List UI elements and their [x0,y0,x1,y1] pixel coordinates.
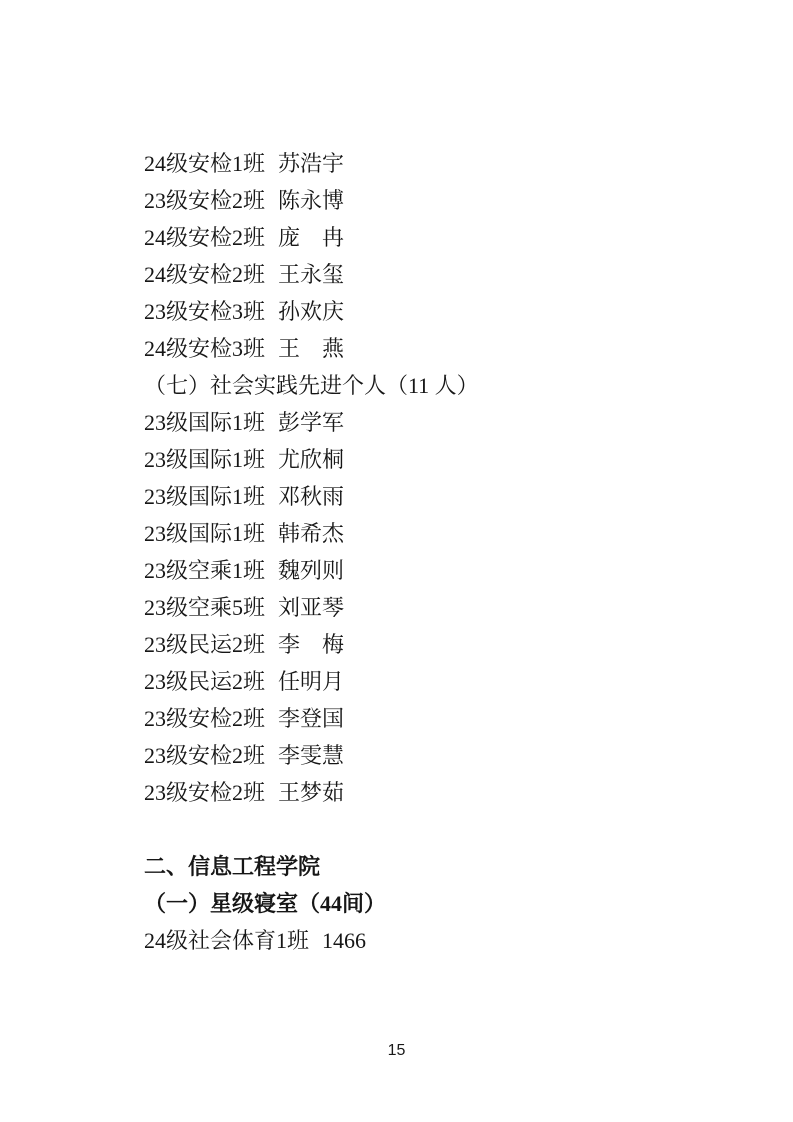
class-label: 24级安检1班 [144,151,265,176]
student-name: 韩希杰 [278,521,344,546]
list-item: 23级安检2班李雯慧 [144,737,479,774]
list-item: 23级安检2班李登国 [144,700,479,737]
class-label: 23级安检2班 [144,706,265,731]
list-item: 23级安检2班王梦茹 [144,774,479,811]
list-item: 24级安检2班王永玺 [144,256,479,293]
class-label: 23级国际1班 [144,410,265,435]
subsection-1-heading: （一）星级寝室（44间） [144,885,479,922]
class-label: 23级安检2班 [144,188,265,213]
student-name: 邓秋雨 [278,484,344,509]
student-name: 庞 冉 [278,225,344,250]
class-label: 23级安检3班 [144,299,265,324]
student-name: 李 梅 [278,632,344,657]
student-name: 魏列则 [278,558,344,583]
class-label: 23级空乘5班 [144,595,265,620]
student-name: 任明月 [278,669,344,694]
list-item: 23级安检3班孙欢庆 [144,293,479,330]
document-page: 24级安检1班苏浩宇 23级安检2班陈永博 24级安检2班庞 冉 24级安检2班… [0,0,793,1122]
list-item: 23级国际1班尤欣桐 [144,441,479,478]
dorm-room-number: 1466 [322,928,366,953]
college-2-heading: 二、信息工程学院 [144,848,479,885]
class-label: 23级国际1班 [144,484,265,509]
student-name: 陈永博 [278,188,344,213]
class-label: 23级空乘1班 [144,558,265,583]
student-name: 王 燕 [278,336,344,361]
list-item: 24级安检1班苏浩宇 [144,145,479,182]
class-label: 24级安检3班 [144,336,265,361]
class-label: 23级民运2班 [144,669,265,694]
list-item: 23级安检2班陈永博 [144,182,479,219]
class-label: 23级安检2班 [144,780,265,805]
student-name: 刘亚琴 [278,595,344,620]
list-item: 23级国际1班邓秋雨 [144,478,479,515]
student-name: 尤欣桐 [278,447,344,472]
page-number: 15 [0,1040,793,1062]
list-item: 23级民运2班李 梅 [144,626,479,663]
list-item: 24级安检3班王 燕 [144,330,479,367]
student-name: 李登国 [278,706,344,731]
student-name: 孙欢庆 [278,299,344,324]
class-label: 24级安检2班 [144,225,265,250]
class-label: 23级国际1班 [144,521,265,546]
class-label: 24级安检2班 [144,262,265,287]
list-item: 23级空乘1班魏列则 [144,552,479,589]
student-name: 彭学军 [278,410,344,435]
student-name: 王永玺 [278,262,344,287]
list-item: 23级民运2班任明月 [144,663,479,700]
student-name: 李雯慧 [278,743,344,768]
section-7-heading: （七）社会实践先进个人（11 人） [144,367,479,404]
list-item: 23级国际1班彭学军 [144,404,479,441]
class-label: 23级国际1班 [144,447,265,472]
student-name: 王梦茹 [278,780,344,805]
list-item: 23级空乘5班刘亚琴 [144,589,479,626]
list-item: 24级社会体育1班1466 [144,922,479,959]
class-label: 23级安检2班 [144,743,265,768]
blank-line [144,811,479,848]
award-list: 24级安检1班苏浩宇 23级安检2班陈永博 24级安检2班庞 冉 24级安检2班… [144,145,479,959]
class-label: 23级民运2班 [144,632,265,657]
list-item: 24级安检2班庞 冉 [144,219,479,256]
list-item: 23级国际1班韩希杰 [144,515,479,552]
class-label: 24级社会体育1班 [144,928,309,953]
student-name: 苏浩宇 [278,151,344,176]
